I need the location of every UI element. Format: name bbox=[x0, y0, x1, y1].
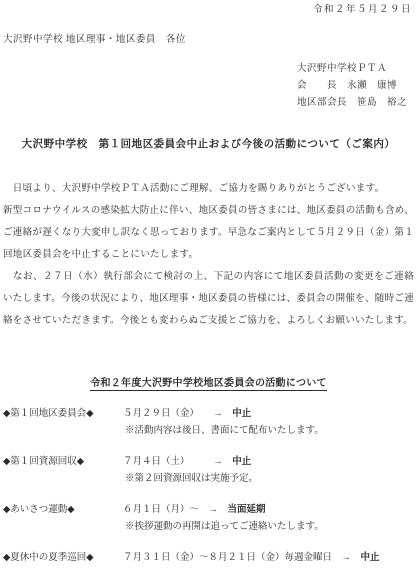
sender-president: 会 長 永瀬 康博 bbox=[297, 78, 414, 95]
activity-schedule: ７月３１日（金）～８月２１日（金）毎週金曜日 → bbox=[123, 550, 361, 567]
activity-status: 中止 bbox=[361, 550, 380, 567]
activity-item-summer-patrol: ◆夏休中の夏季巡回◆ ７月３１日（金）～８月２１日（金）毎週金曜日 → 中止 bbox=[3, 550, 414, 567]
activity-schedule: ７月４日（土） → bbox=[123, 454, 232, 471]
activity-list: ◆第１回地区委員会◆ ５月２９日（金） → 中止 ※活動内容は後日、書面にて配布… bbox=[3, 406, 414, 567]
section-heading-text: 令和２年度大沢野中学校地区委員会の活動について bbox=[90, 378, 327, 391]
document-page: 令和２年５月２９日 大沢野中学校 地区理事・地区委員 各位 大沢野中学校ＰＴＡ … bbox=[0, 0, 420, 584]
activity-status: 中止 bbox=[232, 406, 251, 423]
activity-label: ◆夏休中の夏季巡回◆ bbox=[3, 550, 123, 567]
addressee-line: 大沢野中学校 地区理事・地区委員 各位 bbox=[3, 34, 414, 48]
activity-note: ※第２回資源回収は実施予定。 bbox=[125, 471, 414, 488]
sender-district-chief: 地区部会長 笹島 裕之 bbox=[297, 95, 414, 112]
sender-block: 大沢野中学校ＰＴＡ 会 長 永瀬 康博 地区部会長 笹島 裕之 bbox=[297, 61, 414, 112]
activity-label: ◆第１回資源回収◆ bbox=[3, 454, 123, 471]
activity-item-greeting-campaign: ◆あいさつ運動◆ ６月１日（月）～ → 当面延期 ※挨拶運動の再開は追ってご連絡… bbox=[3, 502, 414, 536]
activity-status: 中止 bbox=[232, 454, 251, 471]
document-date: 令和２年５月２９日 bbox=[3, 4, 414, 18]
section-heading: 令和２年度大沢野中学校地区委員会の活動について bbox=[3, 377, 414, 392]
activity-label: ◆あいさつ運動◆ bbox=[3, 502, 123, 519]
activity-label: ◆第１回地区委員会◆ bbox=[3, 406, 123, 423]
body-paragraph-2: 新型コロナウイルスの感染拡大防止に伴い、地区委員の皆さまには、地区委員の活動も含… bbox=[3, 200, 414, 266]
activity-status: 当面延期 bbox=[228, 502, 266, 519]
activity-item-district-committee: ◆第１回地区委員会◆ ５月２９日（金） → 中止 ※活動内容は後日、書面にて配布… bbox=[3, 406, 414, 440]
body-text: 日頃より、大沢野中学校ＰＴＡ活動にご理解、ご協力を賜りありがとうございます。 新… bbox=[3, 178, 414, 332]
activity-item-recycling: ◆第１回資源回収◆ ７月４日（土） → 中止 ※第２回資源回収は実施予定。 bbox=[3, 454, 414, 488]
activity-note: ※活動内容は後日、書面にて配布いたします。 bbox=[125, 423, 414, 440]
activity-note: ※挨拶運動の再開は追ってご連絡いたします。 bbox=[125, 519, 414, 536]
activity-schedule: ６月１日（月）～ → bbox=[123, 502, 228, 519]
body-paragraph-1: 日頃より、大沢野中学校ＰＴＡ活動にご理解、ご協力を賜りありがとうございます。 bbox=[3, 178, 414, 200]
activity-schedule: ５月２９日（金） → bbox=[123, 406, 232, 423]
body-paragraph-3: なお、２７日（水）執行部会にて検討の上、下記の内容にて地区委員活動の変更をご連絡… bbox=[3, 266, 414, 332]
sender-org: 大沢野中学校ＰＴＡ bbox=[297, 61, 414, 78]
document-title: 大沢野中学校 第１回地区委員会中止および今後の活動について（ご案内） bbox=[3, 137, 414, 152]
